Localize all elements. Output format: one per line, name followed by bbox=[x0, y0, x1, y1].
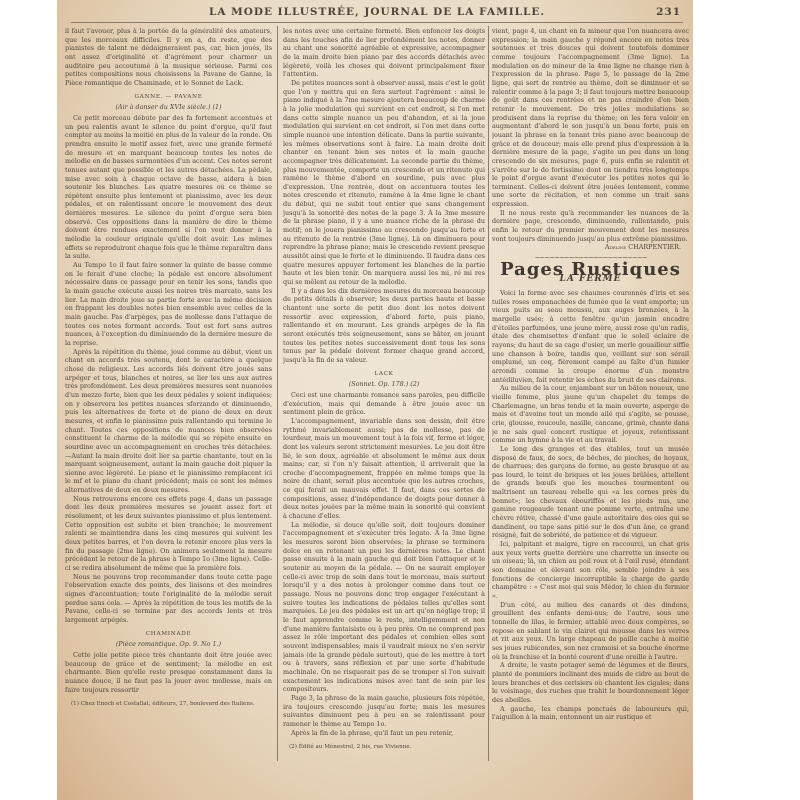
paragraph: Cette jolie petite pièce très chantante … bbox=[65, 651, 272, 694]
paragraph: les notes avec une certaine fermeté. Bie… bbox=[283, 27, 485, 79]
column-3: vient, page 4, un chant en fa mineur que… bbox=[492, 27, 689, 747]
journal-title: LA MODE ILLUSTRÉE, JOURNAL DE LA FAMILLE… bbox=[71, 6, 683, 18]
paragraph: Le long des granges et des étables, tout… bbox=[492, 445, 689, 540]
paragraph: Nous retrouvons encore ces effets page 4… bbox=[65, 495, 272, 573]
paragraph: Voici la ferme avec ses chaumes couronné… bbox=[492, 289, 689, 384]
section-heading-chaminade: CHAMINADE bbox=[65, 630, 272, 639]
paragraph: Ici, palpitant et maigre, tigre en racco… bbox=[492, 540, 689, 601]
feature-title: Pages Rustiques bbox=[492, 266, 689, 275]
section-subtitle: (Air à danser du XVIe siècle.) (1) bbox=[65, 103, 272, 112]
paragraph: Ceci est une charmante romance sans paro… bbox=[283, 391, 485, 417]
paragraph: Nous ne pouvons trop recommander dans to… bbox=[65, 573, 272, 625]
paragraph: La mélodie, si douce qu'elle soit, doit … bbox=[283, 521, 485, 694]
paragraph: vient, page 4, un chant en fa mineur que… bbox=[492, 27, 689, 209]
paragraph: Au milieu de la cour, enjambant sur un b… bbox=[492, 384, 689, 445]
paragraph: D'un côté, au milieu des canards et des … bbox=[492, 601, 689, 662]
section-heading-lack: LACK bbox=[283, 370, 485, 379]
paragraph: Il y a dans les dix dernières mesures du… bbox=[283, 287, 485, 365]
paragraph: De petites nuances sont à observer aussi… bbox=[283, 79, 485, 287]
author-signature: Adeline CHARPENTIER. bbox=[492, 243, 681, 252]
paragraph: A droite, le vaste potager semé de légum… bbox=[492, 661, 689, 704]
paragraph: A gauche, les champs ponctués de laboure… bbox=[492, 705, 689, 722]
paragraph: Ce petit morceau débute par des fa forte… bbox=[65, 114, 272, 261]
column-1: il faut l'avouer, plus à la portée de la… bbox=[65, 27, 272, 795]
paragraph: Après la répétition du thème, joué comme… bbox=[65, 348, 272, 495]
paragraph: Après la fin de la phrase, qu'il faut un… bbox=[283, 729, 485, 738]
section-subtitle: (Pièce romantique. Op. 9. No 1.) bbox=[65, 640, 272, 649]
newspaper-page: LA MODE ILLUSTRÉE, JOURNAL DE LA FAMILLE… bbox=[57, 0, 693, 800]
paragraph: il faut l'avouer, plus à la portée de la… bbox=[65, 27, 272, 88]
column-divider bbox=[488, 26, 489, 761]
page-header: LA MODE ILLUSTRÉE, JOURNAL DE LA FAMILLE… bbox=[71, 4, 683, 23]
footnote: (1) Chez Enoch et Costallat, éditeurs, 2… bbox=[65, 700, 272, 709]
page-number: 231 bbox=[656, 6, 681, 18]
paragraph: Page 3, la phrase de la main gauche, plu… bbox=[283, 694, 485, 729]
paragraph: Il ne nous reste qu'à recommander les nu… bbox=[492, 209, 689, 244]
column-divider bbox=[277, 26, 278, 761]
paragraph: Au Tempo 1o il faut faire sonner la quin… bbox=[65, 261, 272, 348]
footnote: (2) Édité au Ménestrel, 2 bis, rue Vivie… bbox=[283, 743, 485, 752]
column-2: les notes avec une certaine fermeté. Bie… bbox=[283, 27, 485, 755]
paragraph: L'accompagnement, invariable dans son de… bbox=[283, 417, 485, 521]
section-heading-ganne: GANNE. — PAVANE bbox=[65, 93, 272, 102]
section-subtitle: (Sonnet. Op. 178.) (2) bbox=[283, 380, 485, 389]
